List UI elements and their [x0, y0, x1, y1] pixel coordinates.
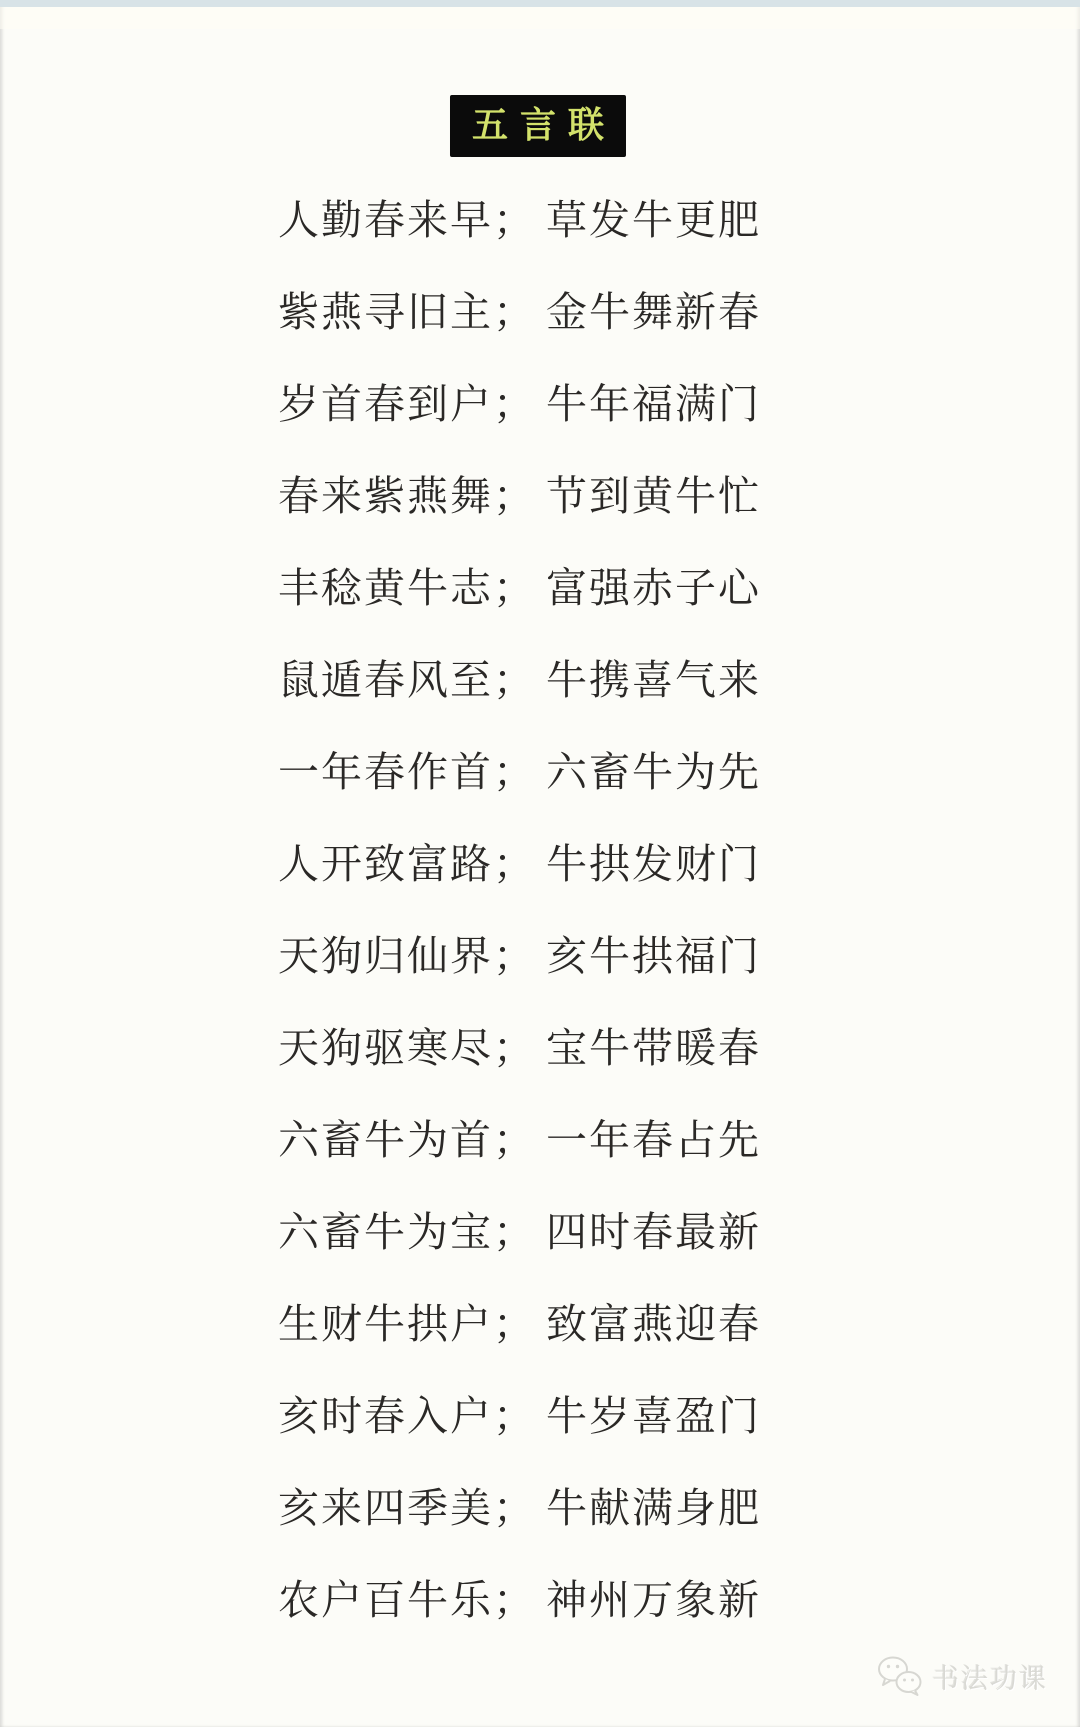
couplet-first-half: 六畜牛为宝: [278, 1199, 493, 1258]
couplet-first-half: 岁首春到户: [278, 371, 493, 430]
couplet-separator: ；: [493, 739, 546, 798]
watermark-label: 书法功课: [932, 1657, 1048, 1696]
couplet-separator: ；: [493, 923, 546, 982]
couplet-row: 人勤春来早；草发牛更肥: [278, 170, 761, 262]
couplet-second-half: 宝牛带暖春: [546, 1015, 761, 1074]
couplet-row: 人开致富路；牛拱发财门: [278, 814, 761, 906]
couplet-row: 一年春作首；六畜牛为先: [278, 722, 761, 814]
couplet-row: 丰稔黄牛志；富强赤子心: [278, 538, 761, 630]
couplet-row: 生财牛拱户；致富燕迎春: [278, 1274, 761, 1366]
watermark: 书法功课: [876, 1655, 1048, 1697]
couplet-first-half: 紫燕寻旧主: [278, 279, 493, 338]
couplet-first-half: 丰稔黄牛志: [278, 555, 493, 614]
couplet-row: 六畜牛为首；一年春占先: [278, 1090, 761, 1182]
couplet-list: 人勤春来早；草发牛更肥 紫燕寻旧主；金牛舞新春 岁首春到户；牛年福满门 春来紫燕…: [278, 170, 761, 1642]
couplet-second-half: 神州万象新: [546, 1567, 761, 1626]
couplet-separator: ；: [493, 1383, 546, 1442]
couplet-first-half: 人勤春来早: [278, 187, 493, 246]
couplet-second-half: 牛年福满门: [546, 371, 761, 430]
couplet-second-half: 四时春最新: [546, 1199, 761, 1258]
couplet-separator: ；: [493, 647, 546, 706]
couplet-second-half: 一年春占先: [546, 1107, 761, 1166]
couplet-row: 岁首春到户；牛年福满门: [278, 354, 761, 446]
wechat-icon: [876, 1655, 924, 1697]
couplet-first-half: 天狗驱寒尽: [278, 1015, 493, 1074]
couplet-separator: ；: [493, 371, 546, 430]
couplet-separator: ；: [493, 187, 546, 246]
section-title-badge: 五言联: [450, 95, 626, 157]
couplet-second-half: 牛携喜气来: [546, 647, 761, 706]
couplet-row: 春来紫燕舞；节到黄牛忙: [278, 446, 761, 538]
couplet-row: 六畜牛为宝；四时春最新: [278, 1182, 761, 1274]
couplet-second-half: 节到黄牛忙: [546, 463, 761, 522]
couplet-second-half: 六畜牛为先: [546, 739, 761, 798]
couplet-second-half: 富强赤子心: [546, 555, 761, 614]
couplet-first-half: 农户百牛乐: [278, 1567, 493, 1626]
couplet-separator: ；: [493, 1291, 546, 1350]
document-page: 五言联 人勤春来早；草发牛更肥 紫燕寻旧主；金牛舞新春 岁首春到户；牛年福满门 …: [0, 0, 1080, 1727]
couplet-separator: ；: [493, 463, 546, 522]
couplet-row: 亥来四季美；牛献满身肥: [278, 1458, 761, 1550]
couplet-separator: ；: [493, 1015, 546, 1074]
couplet-second-half: 致富燕迎春: [546, 1291, 761, 1350]
couplet-row: 亥时春入户；牛岁喜盈门: [278, 1366, 761, 1458]
couplet-first-half: 六畜牛为首: [278, 1107, 493, 1166]
couplet-row: 农户百牛乐；神州万象新: [278, 1550, 761, 1642]
couplet-first-half: 生财牛拱户: [278, 1291, 493, 1350]
couplet-first-half: 鼠遁春风至: [278, 647, 493, 706]
couplet-row: 天狗驱寒尽；宝牛带暖春: [278, 998, 761, 1090]
couplet-first-half: 一年春作首: [278, 739, 493, 798]
couplet-second-half: 牛献满身肥: [546, 1475, 761, 1534]
couplet-second-half: 亥牛拱福门: [546, 923, 761, 982]
couplet-separator: ；: [493, 279, 546, 338]
couplet-second-half: 金牛舞新春: [546, 279, 761, 338]
couplet-row: 天狗归仙界；亥牛拱福门: [278, 906, 761, 998]
couplet-separator: ；: [493, 1107, 546, 1166]
top-edge-strip: [0, 0, 1080, 7]
couplet-row: 紫燕寻旧主；金牛舞新春: [278, 262, 761, 354]
couplet-separator: ；: [493, 1567, 546, 1626]
couplet-first-half: 春来紫燕舞: [278, 463, 493, 522]
couplet-second-half: 牛拱发财门: [546, 831, 761, 890]
couplet-first-half: 人开致富路: [278, 831, 493, 890]
top-edge-tint: [0, 7, 1080, 29]
couplet-first-half: 天狗归仙界: [278, 923, 493, 982]
section-title: 五言联: [472, 105, 616, 146]
couplet-separator: ；: [493, 555, 546, 614]
couplet-second-half: 牛岁喜盈门: [546, 1383, 761, 1442]
couplet-first-half: 亥时春入户: [278, 1383, 493, 1442]
couplet-row: 鼠遁春风至；牛携喜气来: [278, 630, 761, 722]
couplet-first-half: 亥来四季美: [278, 1475, 493, 1534]
couplet-separator: ；: [493, 831, 546, 890]
couplet-second-half: 草发牛更肥: [546, 187, 761, 246]
couplet-separator: ；: [493, 1475, 546, 1534]
couplet-separator: ；: [493, 1199, 546, 1258]
